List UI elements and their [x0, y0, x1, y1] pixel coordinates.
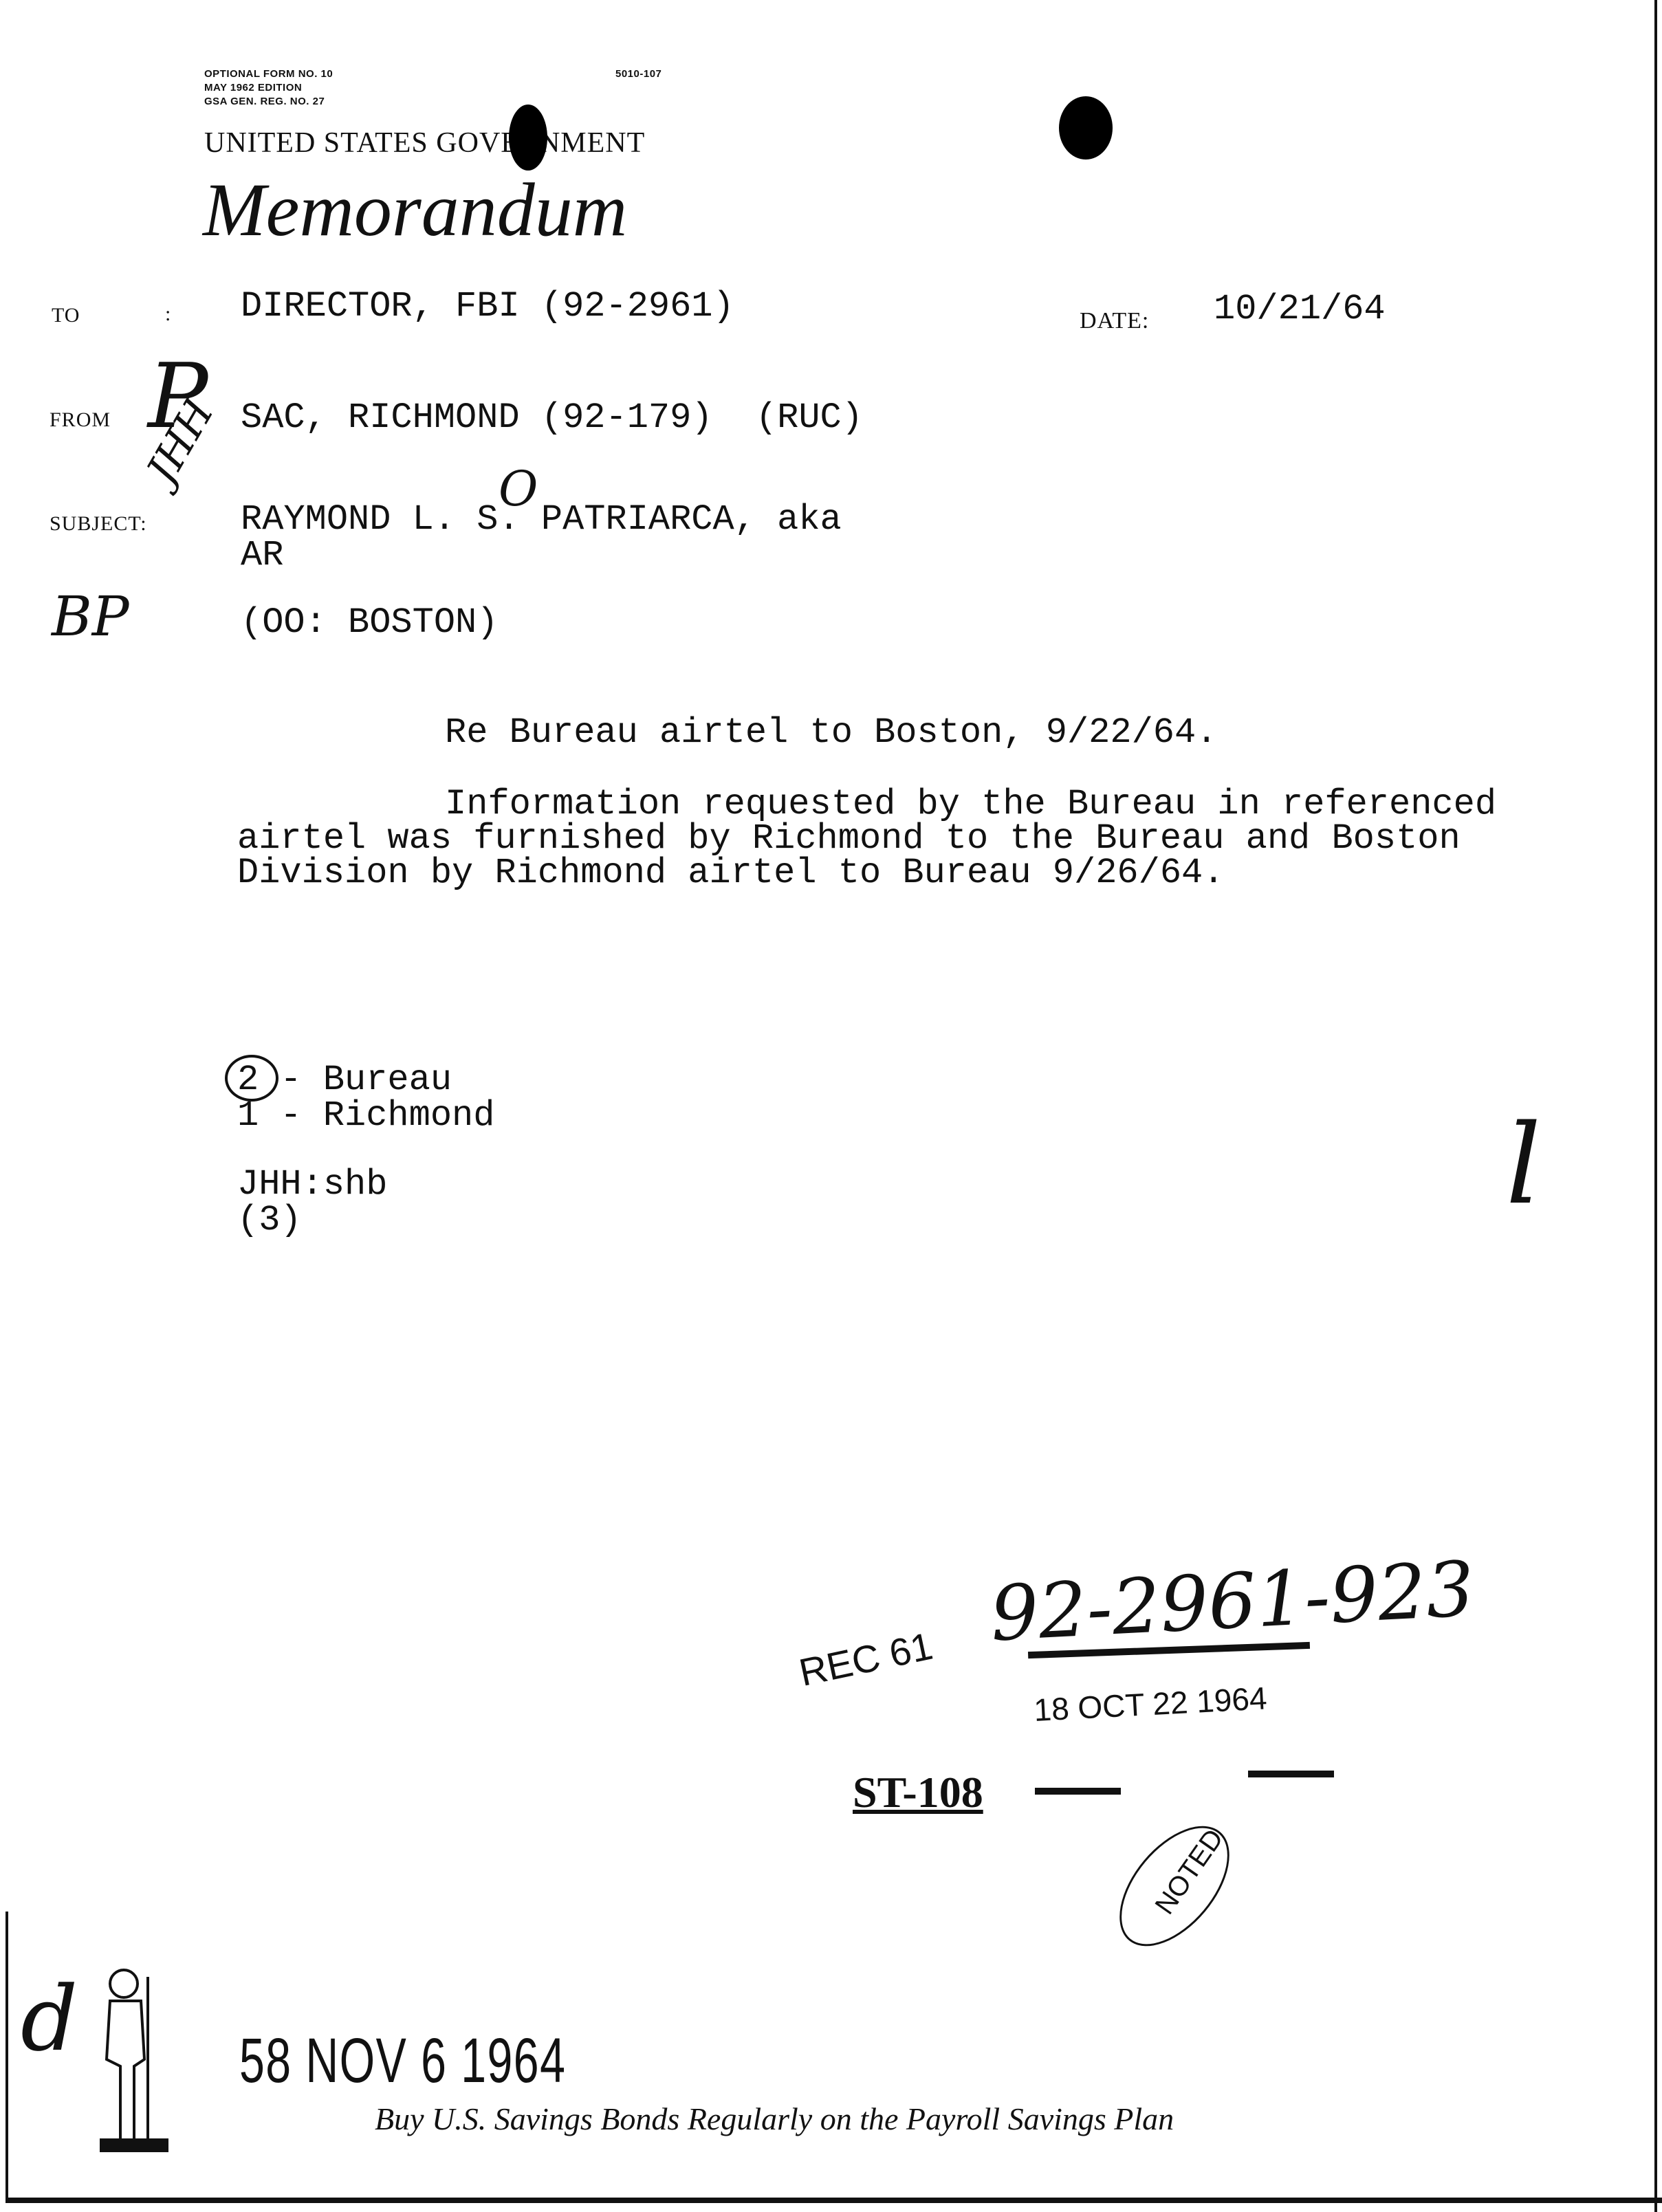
handwritten-bottom-initial: d	[21, 1967, 78, 2071]
punch-hole-blot	[1059, 96, 1113, 160]
minuteman-icon	[93, 1963, 175, 2156]
distribution-bureau: 2 - Bureau	[237, 1062, 452, 1098]
to-value: DIRECTOR, FBI (92-2961)	[241, 289, 734, 325]
to-label: TO	[52, 304, 80, 327]
distribution-richmond: 1 - Richmond	[237, 1098, 494, 1134]
body-paragraph-line-2: airtel was furnished by Richmond to the …	[237, 821, 1461, 857]
form-edition: MAY 1962 EDITION	[204, 81, 333, 95]
subject-label: SUBJECT:	[50, 512, 147, 536]
stamp-dash	[1248, 1771, 1334, 1777]
form-code: 5010-107	[615, 67, 661, 81]
to-colon: :	[165, 303, 171, 326]
handwritten-circle-mark: O	[499, 461, 538, 517]
handwritten-margin-initials: BP	[52, 584, 129, 648]
page-edge-left	[6, 1912, 8, 2200]
subject-line-2: AR	[241, 538, 283, 573]
page-edge-right	[1654, 0, 1657, 2212]
savings-bond-slogan: Buy U.S. Savings Bonds Regularly on the …	[375, 2101, 1174, 2137]
date-label: DATE:	[1080, 308, 1149, 334]
indexed-date-stamp: 18 OCT 22 1964	[1033, 1679, 1268, 1729]
stamp-dash	[1035, 1788, 1121, 1795]
from-value: SAC, RICHMOND (92-179) (RUC)	[241, 400, 863, 436]
from-label: FROM	[50, 408, 111, 432]
subject-line-3: (OO: BOSTON)	[241, 605, 498, 641]
handwritten-file-number: 92-2961-923	[988, 1545, 1476, 1658]
form-number: OPTIONAL FORM NO. 10	[204, 67, 333, 81]
memo-title: Memorandum	[203, 172, 627, 248]
form-header-block: OPTIONAL FORM NO. 10 MAY 1962 EDITION GS…	[204, 67, 333, 109]
page-edge-bottom	[6, 2198, 1662, 2203]
subject-line-1: RAYMOND L. S. PATRIARCA, aka	[241, 502, 842, 538]
form-regulation: GSA GEN. REG. NO. 27	[204, 95, 333, 109]
handwritten-right-mark: l	[1506, 1100, 1541, 1229]
date-value: 10/21/64	[1214, 292, 1386, 327]
typist-initials: JHH:shb	[237, 1167, 387, 1203]
body-reference: Re Bureau airtel to Boston, 9/22/64.	[445, 715, 1217, 751]
rec-stamp: REC 61	[795, 1623, 936, 1695]
filed-date-stamp: 58 NOV 6 1964	[239, 2025, 566, 2097]
body-paragraph-line-3: Division by Richmond airtel to Bureau 9/…	[237, 855, 1224, 891]
agency-name: UNITED STATES GOVERNMENT	[204, 127, 645, 160]
body-paragraph-line-1: Information requested by the Bureau in r…	[445, 787, 1496, 822]
punch-hole-blot	[509, 105, 547, 171]
copy-count: (3)	[237, 1203, 302, 1238]
st-stamp: ST-108	[853, 1767, 983, 1818]
